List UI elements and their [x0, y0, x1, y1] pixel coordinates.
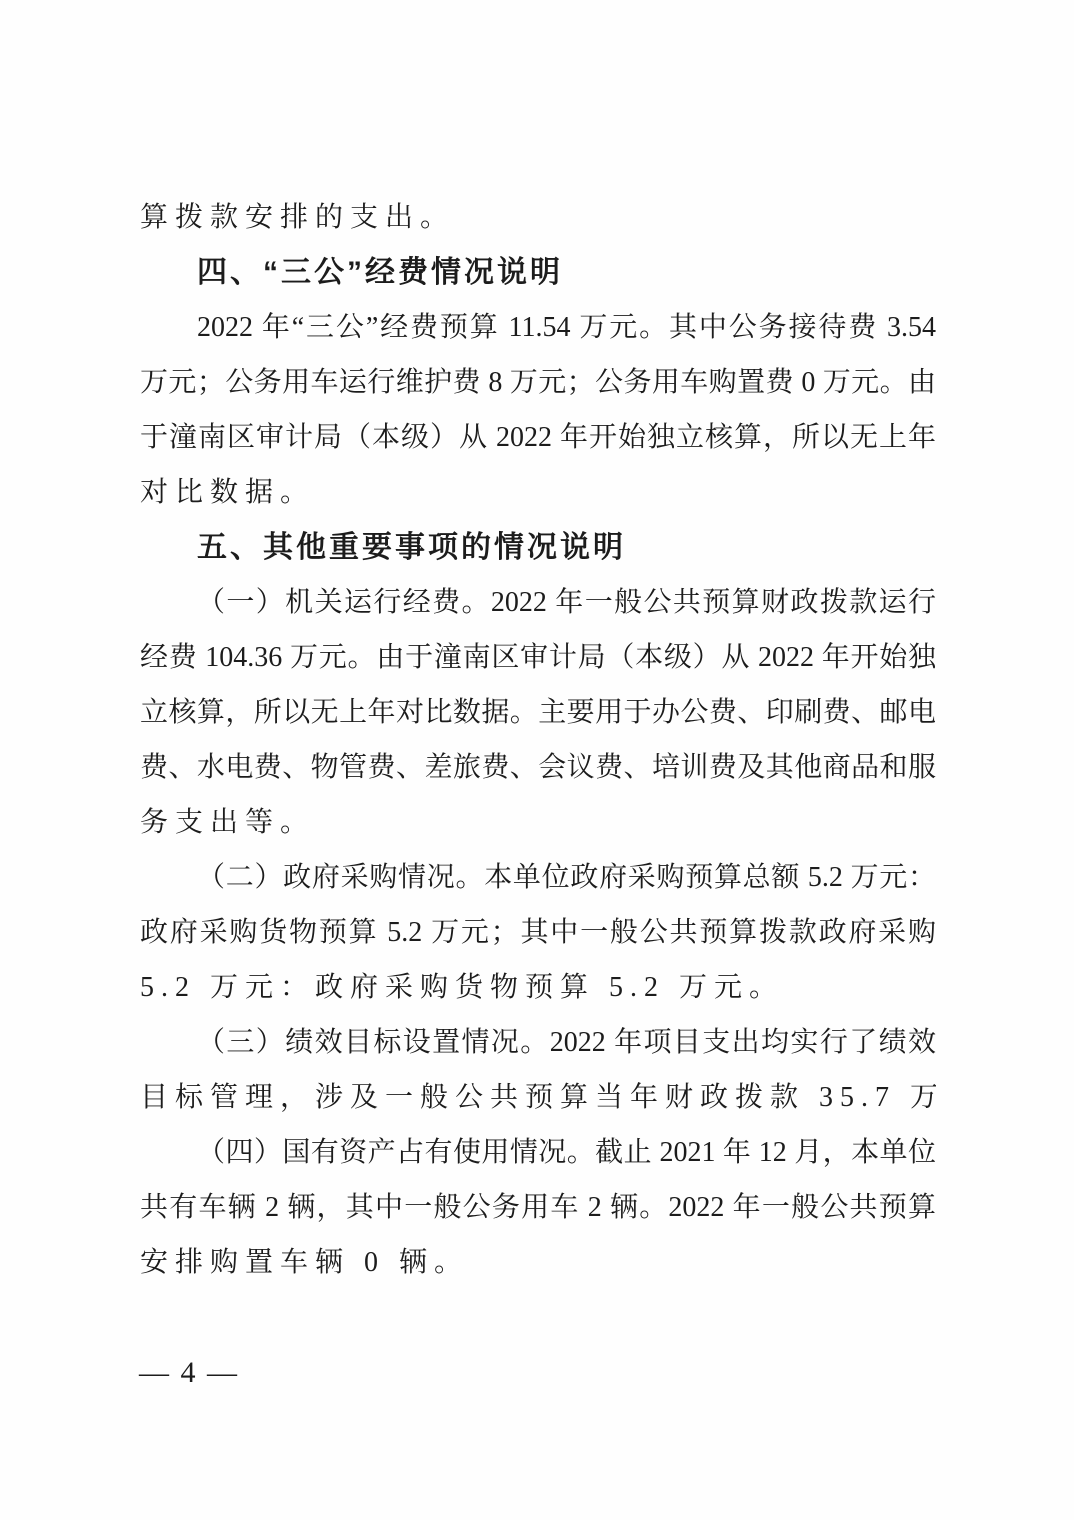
text-line: 费、水电费、物管费、差旅费、会议费、培训费及其他商品和服: [140, 740, 936, 795]
text-line: 务支出等。: [140, 795, 936, 850]
text-line: 对比数据。: [140, 465, 936, 520]
text-line: （二）政府采购情况。本单位政府采购预算总额 5.2 万元：: [140, 850, 936, 905]
paragraph: 2022 年“三公”经费预算 11.54 万元。其中公务接待费 3.54 万元；…: [140, 300, 936, 520]
text-line: 于潼南区审计局（本级）从 2022 年开始独立核算，所以无上年: [140, 410, 936, 465]
text-line: （四）国有资产占有使用情况。截止 2021 年 12 月，本单位: [140, 1125, 936, 1180]
text-line: 经费 104.36 万元。由于潼南区审计局（本级）从 2022 年开始独: [140, 630, 936, 685]
page-footer: — 4 —: [139, 1345, 239, 1400]
text-line: 5.2 万元：政府采购货物预算 5.2 万元。: [140, 960, 936, 1015]
section-heading-five: 五、其他重要事项的情况说明: [140, 520, 936, 575]
paragraph-item-two: （二）政府采购情况。本单位政府采购预算总额 5.2 万元： 政府采购货物预算 5…: [140, 850, 936, 1015]
paragraph-item-one: （一）机关运行经费。2022 年一般公共预算财政拨款运行 经费 104.36 万…: [140, 575, 936, 850]
text-line: （一）机关运行经费。2022 年一般公共预算财政拨款运行: [140, 575, 936, 630]
text-line: 算拨款安排的支出。: [140, 190, 936, 245]
text-line: 目标管理，涉及一般公共预算当年财政拨款 35.7 万元。: [140, 1070, 936, 1125]
page-content: 算拨款安排的支出。 四、“三公”经费情况说明 2022 年“三公”经费预算 11…: [140, 190, 936, 1290]
document-page: 算拨款安排的支出。 四、“三公”经费情况说明 2022 年“三公”经费预算 11…: [0, 0, 1074, 1520]
paragraph-item-three: （三）绩效目标设置情况。2022 年项目支出均实行了绩效 目标管理，涉及一般公共…: [140, 1015, 936, 1125]
text-line: 立核算，所以无上年对比数据。主要用于办公费、印刷费、邮电: [140, 685, 936, 740]
page-number: — 4 —: [139, 1356, 239, 1389]
paragraph-continuation: 算拨款安排的支出。: [140, 190, 936, 245]
text-line: 万元；公务用车运行维护费 8 万元；公务用车购置费 0 万元。由: [140, 355, 936, 410]
text-line: 2022 年“三公”经费预算 11.54 万元。其中公务接待费 3.54: [140, 300, 936, 355]
text-line: 政府采购货物预算 5.2 万元；其中一般公共预算拨款政府采购: [140, 905, 936, 960]
text-line: （三）绩效目标设置情况。2022 年项目支出均实行了绩效: [140, 1015, 936, 1070]
paragraph-item-four: （四）国有资产占有使用情况。截止 2021 年 12 月，本单位 共有车辆 2 …: [140, 1125, 936, 1290]
text-line: 共有车辆 2 辆，其中一般公务用车 2 辆。2022 年一般公共预算: [140, 1180, 936, 1235]
section-heading-four: 四、“三公”经费情况说明: [140, 245, 936, 300]
text-line: 安排购置车辆 0 辆。: [140, 1235, 936, 1290]
